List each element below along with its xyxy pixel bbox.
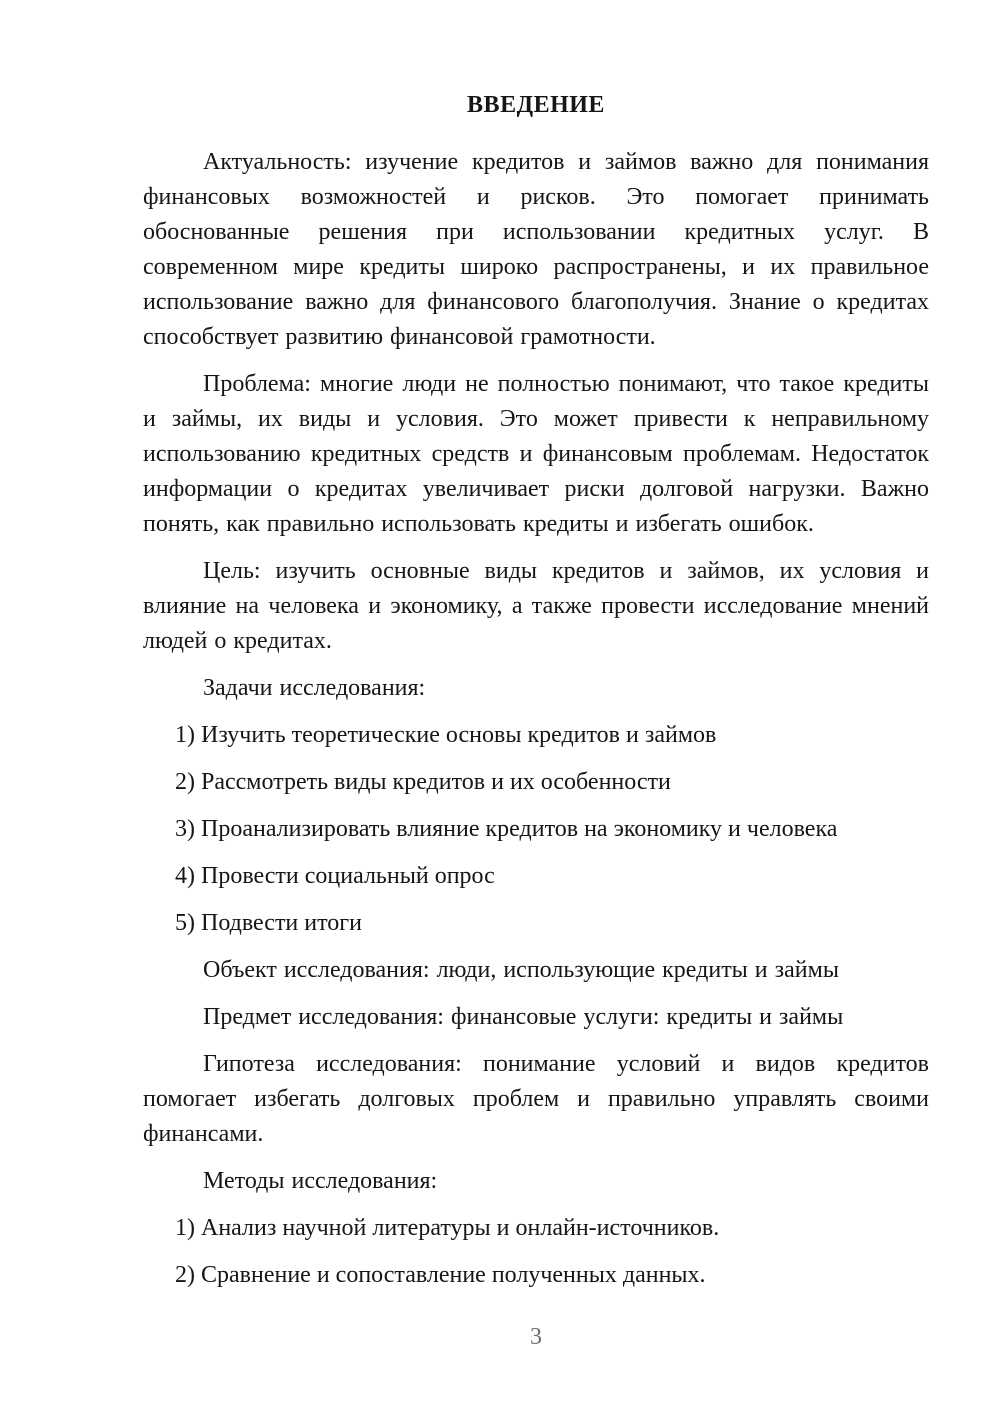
- task-item-1: 1) Изучить теоретические основы кредитов…: [175, 718, 929, 753]
- method-item-1: 1) Анализ научной литературы и онлайн-ис…: [175, 1211, 929, 1246]
- paragraph-aktualnost: Актуальность: изучение кредитов и займов…: [143, 145, 929, 355]
- task-item-3: 3) Проанализировать влияние кредитов на …: [175, 812, 929, 847]
- method-item-2: 2) Сравнение и сопоставление полученных …: [175, 1258, 929, 1293]
- methods-heading: Методы исследования:: [143, 1164, 929, 1199]
- paragraph-predmet: Предмет исследования: финансовые услуги:…: [143, 1000, 929, 1035]
- paragraph-gipoteza: Гипотеза исследования: понимание условий…: [143, 1047, 929, 1152]
- task-item-4: 4) Провести социальный опрос: [175, 859, 929, 894]
- page-title: ВВЕДЕНИЕ: [143, 88, 929, 123]
- paragraph-tsel: Цель: изучить основные виды кредитов и з…: [143, 554, 929, 659]
- page-number: 3: [143, 1322, 929, 1352]
- task-item-2: 2) Рассмотреть виды кредитов и их особен…: [175, 765, 929, 800]
- paragraph-problema: Проблема: многие люди не полностью поним…: [143, 367, 929, 542]
- tasks-heading: Задачи исследования:: [143, 671, 929, 706]
- document-page: ВВЕДЕНИЕ Актуальность: изучение кредитов…: [0, 0, 1000, 1414]
- task-item-5: 5) Подвести итоги: [175, 906, 929, 941]
- paragraph-obekt: Объект исследования: люди, использующие …: [143, 953, 929, 988]
